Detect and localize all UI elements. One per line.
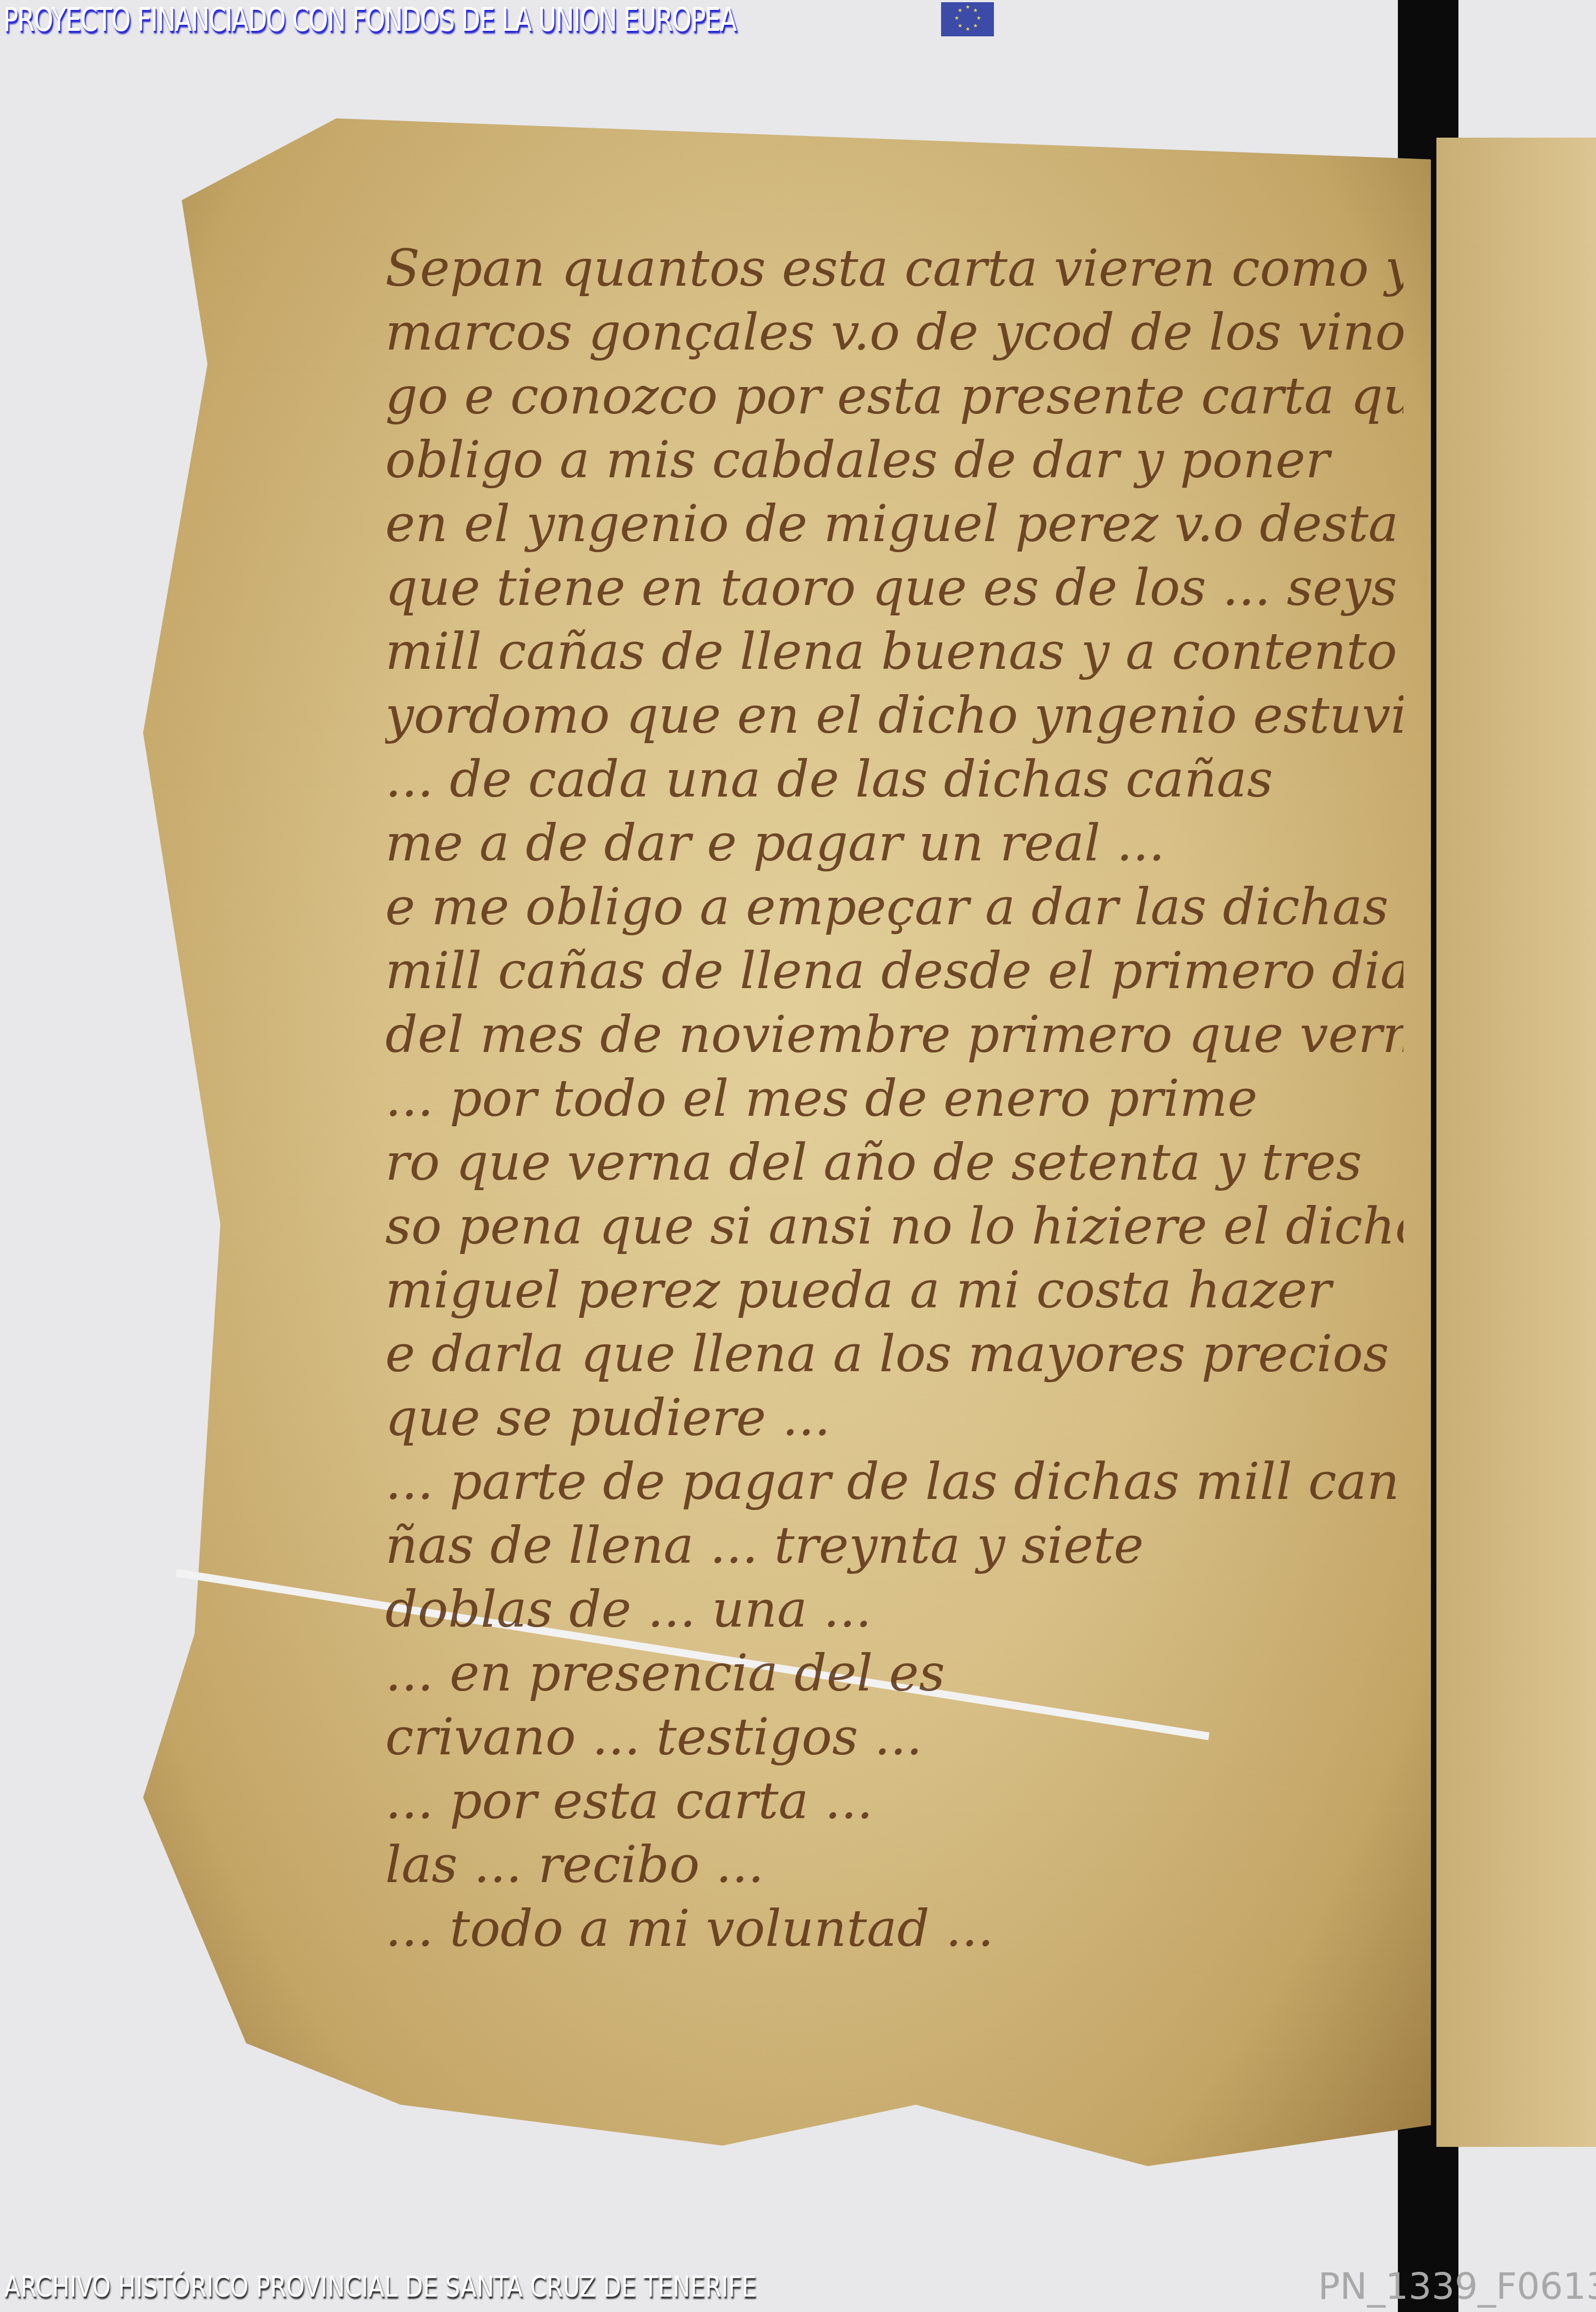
eu-flag-icon: ★★★★★★★★ bbox=[941, 2, 994, 36]
text-line: ... de cada una de las dichas cañas bbox=[385, 748, 1403, 811]
text-line: del mes de noviembre primero que verna bbox=[385, 1003, 1403, 1067]
text-line: ... parte de pagar de las dichas mill ca… bbox=[385, 1450, 1403, 1514]
text-line: ... por esta carta ... bbox=[385, 1769, 1403, 1833]
funding-banner: PROYECTO FINANCIADO CON FONDOS DE LA UNI… bbox=[3, 1, 943, 39]
text-line: que se pudiere ... bbox=[385, 1386, 1403, 1450]
funding-notice: PROYECTO FINANCIADO CON FONDOS DE LA UNI… bbox=[3, 1, 736, 39]
text-line: me a de dar e pagar un real ... bbox=[385, 811, 1403, 875]
text-line: so pena que si ansi no lo hiziere el dic… bbox=[385, 1195, 1403, 1258]
text-line: miguel perez pueda a mi costa hazer bbox=[385, 1258, 1403, 1322]
adjacent-folio bbox=[1436, 138, 1596, 2147]
text-line: crivano ... testigos ... bbox=[385, 1705, 1403, 1769]
text-line: mill cañas de llena desde el primero dia bbox=[385, 939, 1403, 1003]
image-reference: PN_1339_F0613_v bbox=[1318, 2265, 1596, 2308]
text-line: marcos gonçales v.o de ycod de los vinos… bbox=[385, 301, 1403, 364]
text-line: ñas de llena ... treynta y siete bbox=[385, 1514, 1403, 1578]
text-line: ro que verna del año de setenta y tres bbox=[385, 1131, 1403, 1195]
text-line: Sepan quantos esta carta vieren como yo bbox=[385, 237, 1403, 301]
text-line: que tiene en taoro que es de los ... sey… bbox=[385, 556, 1403, 620]
text-line: go e conozco por esta presente carta que… bbox=[385, 364, 1403, 428]
text-line: las ... recibo ... bbox=[385, 1833, 1403, 1897]
manuscript-text: Sepan quantos esta carta vieren como yo … bbox=[385, 237, 1403, 1961]
text-line: ... por todo el mes de enero prime bbox=[385, 1067, 1403, 1131]
text-line: ... todo a mi voluntad ... bbox=[385, 1897, 1403, 1961]
text-line: yordomo que en el dicho yngenio estuvier… bbox=[385, 684, 1403, 748]
text-line: ... en presencia del es bbox=[385, 1642, 1403, 1705]
archive-name: ARCHIVO HISTÓRICO PROVINCIAL DE SANTA CR… bbox=[4, 2271, 757, 2304]
text-line: en el yngenio de miguel perez v.o desta … bbox=[385, 492, 1403, 556]
text-line: e me obligo a empeçar a dar las dichas bbox=[385, 875, 1403, 939]
text-line: doblas de ... una ... bbox=[385, 1578, 1403, 1642]
text-line: e darla que llena a los mayores precios bbox=[385, 1322, 1403, 1386]
text-line: mill cañas de llena buenas y a contento … bbox=[385, 620, 1403, 684]
text-line: obligo a mis cabdales de dar y poner bbox=[385, 428, 1403, 492]
